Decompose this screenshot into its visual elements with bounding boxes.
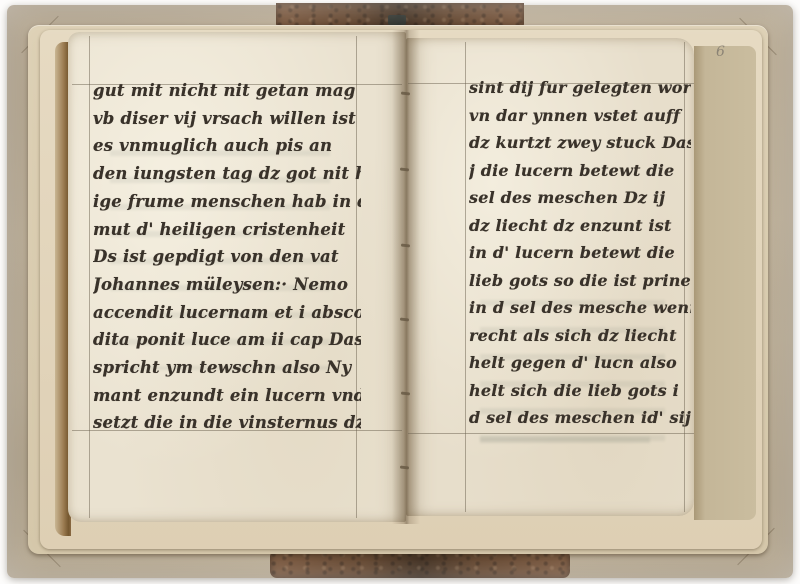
right-page-text-block: sint dij fur gelegten wort vn dar ynnen … — [469, 74, 691, 432]
folio-number: 6 — [716, 44, 725, 60]
manuscript-line: dz liecht dz enzunt ist — [469, 212, 691, 240]
gutter-fold — [392, 30, 420, 524]
manuscript-line: vb diser vij vrsach willen ist — [93, 105, 361, 133]
manuscript-line: mut d' heiligen cristenheit — [93, 216, 361, 244]
manuscript-line: in d' lucern betewt die — [469, 239, 691, 267]
manuscript-line: helt gegen d' lucn also — [469, 349, 691, 377]
ruling-line-left-page-left-vertical — [89, 36, 90, 518]
manuscript-photo: 6 gut mit nicht nit getan mag vb diser v… — [0, 0, 800, 584]
manuscript-line: recht als sich dz liecht — [469, 322, 691, 350]
manuscript-line: vn dar ynnen vstet auff — [469, 102, 691, 130]
fore-edge-right — [694, 46, 756, 520]
manuscript-line: gut mit nicht nit getan mag — [93, 77, 361, 105]
manuscript-line: helt sich die lieb gots i — [469, 377, 691, 405]
manuscript-line: ige frume menschen hab in d' — [93, 188, 361, 216]
manuscript-line: den iungsten tag dz got nit heil — [93, 160, 361, 188]
manuscript-line: sel des meschen Dz ij — [469, 184, 691, 212]
manuscript-line: Ds ist gepdigt von den vat — [93, 243, 361, 271]
spine-tab — [388, 15, 406, 25]
manuscript-line: dita ponit luce am ii cap Das — [93, 326, 361, 354]
left-page-text-block: gut mit nicht nit getan mag vb diser vij… — [93, 77, 361, 437]
manuscript-line: sint dij fur gelegten wort — [469, 74, 691, 102]
leather-spine-bottom — [270, 551, 570, 578]
manuscript-line: es vnmuglich auch pis an — [93, 132, 361, 160]
ink-showthrough — [480, 437, 650, 453]
manuscript-line: mant enzundt ein lucern vnd — [93, 382, 361, 410]
manuscript-line: d sel des meschen id' sij ist — [469, 404, 691, 432]
manuscript-line: lieb gots so die ist prinen — [469, 267, 691, 295]
manuscript-line: dz kurtzt zwey stuck Das — [469, 129, 691, 157]
manuscript-line: Johannes müleysen:· Nemo — [93, 271, 361, 299]
manuscript-line: accendit lucernam et i abscon — [93, 299, 361, 327]
manuscript-line: setzt die in die vinsternus dz — [93, 409, 361, 437]
manuscript-line: j die lucern betewt die — [469, 157, 691, 185]
manuscript-line: in d sel des mesche wenn — [469, 294, 691, 322]
ruling-line-right-page-left-vertical — [465, 42, 466, 512]
manuscript-line: spricht ym tewschn also Ny — [93, 354, 361, 382]
